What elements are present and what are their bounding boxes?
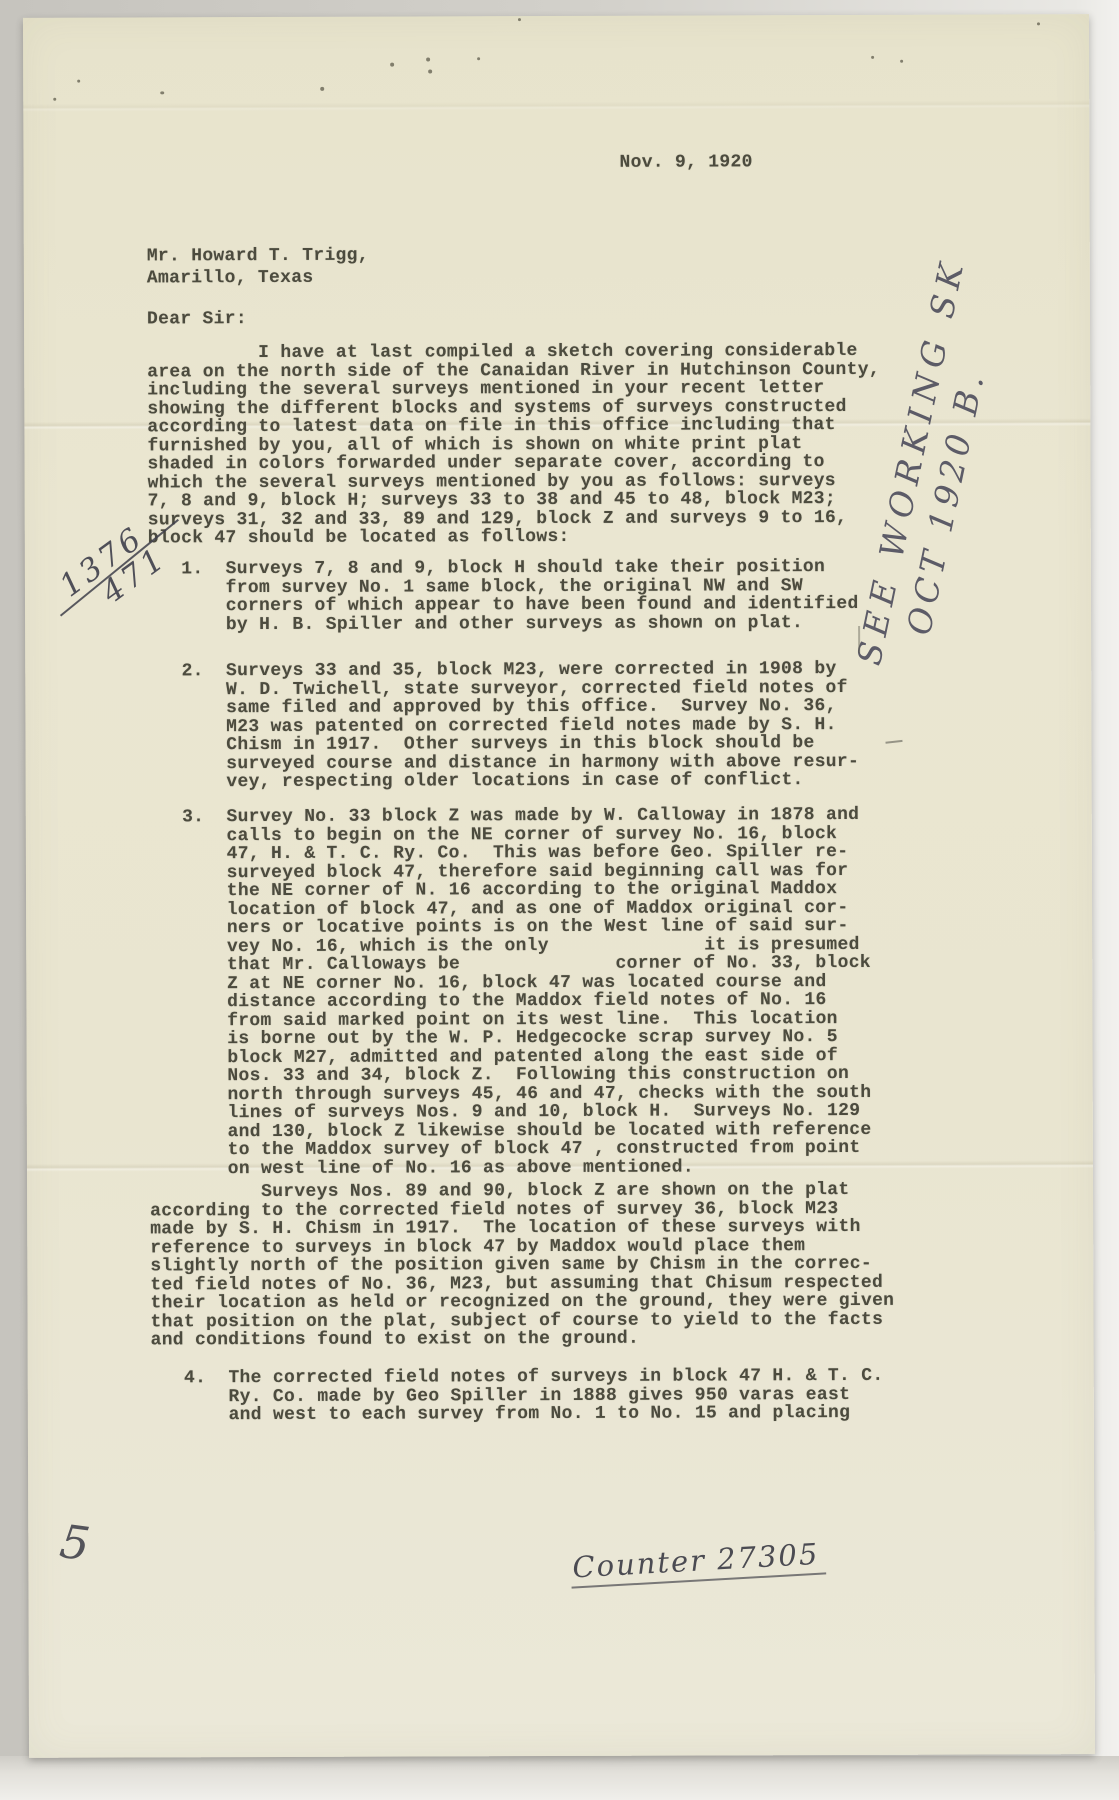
ink-speck [518, 18, 521, 21]
scanned-letter-scene: Nov. 9, 1920 Mr. Howard T. Trigg, Amaril… [0, 0, 1119, 1800]
scan-backing-sheet [0, 1756, 1119, 1800]
ink-speck [77, 80, 80, 83]
numbered-item-3: 3. Survey No. 33 block Z was made by W. … [149, 806, 872, 1179]
letter-date: Nov. 9, 1920 [619, 153, 752, 172]
ink-speck [477, 57, 480, 60]
body-paragraph-1: I have at last compiled a sketch coverin… [147, 342, 880, 548]
numbered-item-4: 4. The corrected field notes of surveys … [151, 1367, 884, 1425]
paper-specks [23, 14, 1089, 18]
ink-speck [320, 87, 324, 91]
pencil-tick-mark [858, 626, 860, 653]
numbered-item-1: 1. Surveys 7, 8 and 9, block H should ta… [148, 558, 859, 634]
salutation: Dear Sir: [147, 310, 247, 329]
body-paragraph-2: Surveys Nos. 89 and 90, block Z are show… [150, 1181, 894, 1350]
ink-speck [160, 91, 164, 94]
letter-page: Nov. 9, 1920 Mr. Howard T. Trigg, Amaril… [23, 14, 1095, 1758]
ink-speck [900, 60, 903, 63]
fold-crease [23, 100, 1089, 112]
ink-speck [53, 98, 56, 101]
ink-speck [426, 57, 430, 61]
numbered-item-2: 2. Surveys 33 and 35, block M23, were co… [148, 660, 859, 792]
ink-speck [1037, 22, 1040, 25]
handwritten-page-mark: 5 [57, 1514, 93, 1571]
handwritten-counter-number: Counter 27305 [570, 1536, 827, 1588]
pencil-dash-mark [885, 740, 902, 744]
recipient-address: Mr. Howard T. Trigg, Amarillo, Texas [147, 246, 369, 290]
ink-speck [871, 56, 874, 59]
ink-speck [428, 69, 432, 73]
ink-speck [390, 63, 394, 67]
